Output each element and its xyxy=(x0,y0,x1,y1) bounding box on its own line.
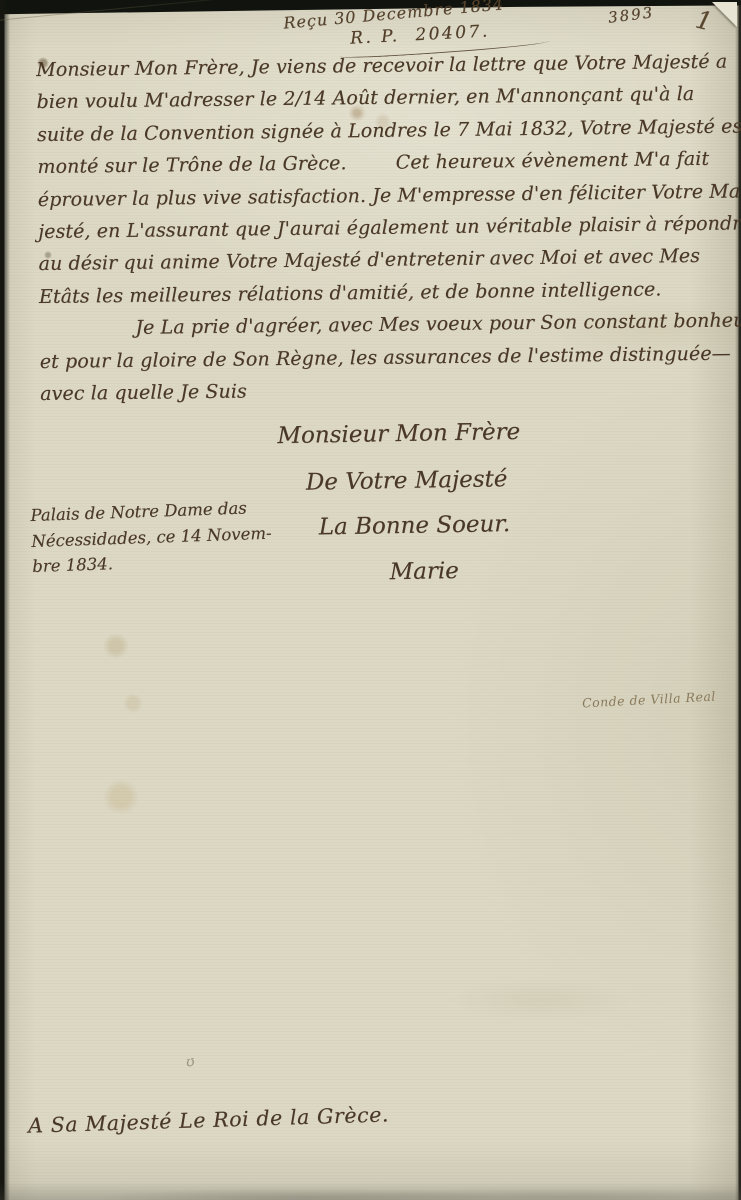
closing-line: La Bonne Soeur. xyxy=(253,509,575,543)
letter-body: Monsieur Mon Frère, Je viens de recevoir… xyxy=(36,46,726,411)
closing-line: De Votre Majesté xyxy=(238,464,574,498)
folio-number: 3893 xyxy=(607,3,655,26)
letter-page: Reçu 30 Decembre 1834 3893 1 R. P. 20407… xyxy=(0,0,741,1200)
countersignature: Conde de Villa Real xyxy=(582,689,716,711)
scan-edge-left xyxy=(0,0,10,1200)
pencil-mark: ʊ xyxy=(184,1053,196,1070)
closing-block: Monsieur Mon Frère De Votre Majesté La B… xyxy=(224,417,577,589)
closing-salutation: Monsieur Mon Frère xyxy=(224,417,574,451)
page-number: 1 xyxy=(693,5,715,37)
address-line: A Sa Majesté Le Roi de la Grèce. xyxy=(28,1102,390,1137)
place-date-block: Palais de Notre Dame das Nécessidades, c… xyxy=(30,495,273,580)
scan-edge-bottom-smudge xyxy=(0,1182,741,1200)
folded-corner xyxy=(712,2,737,27)
signature: Marie xyxy=(272,555,576,588)
